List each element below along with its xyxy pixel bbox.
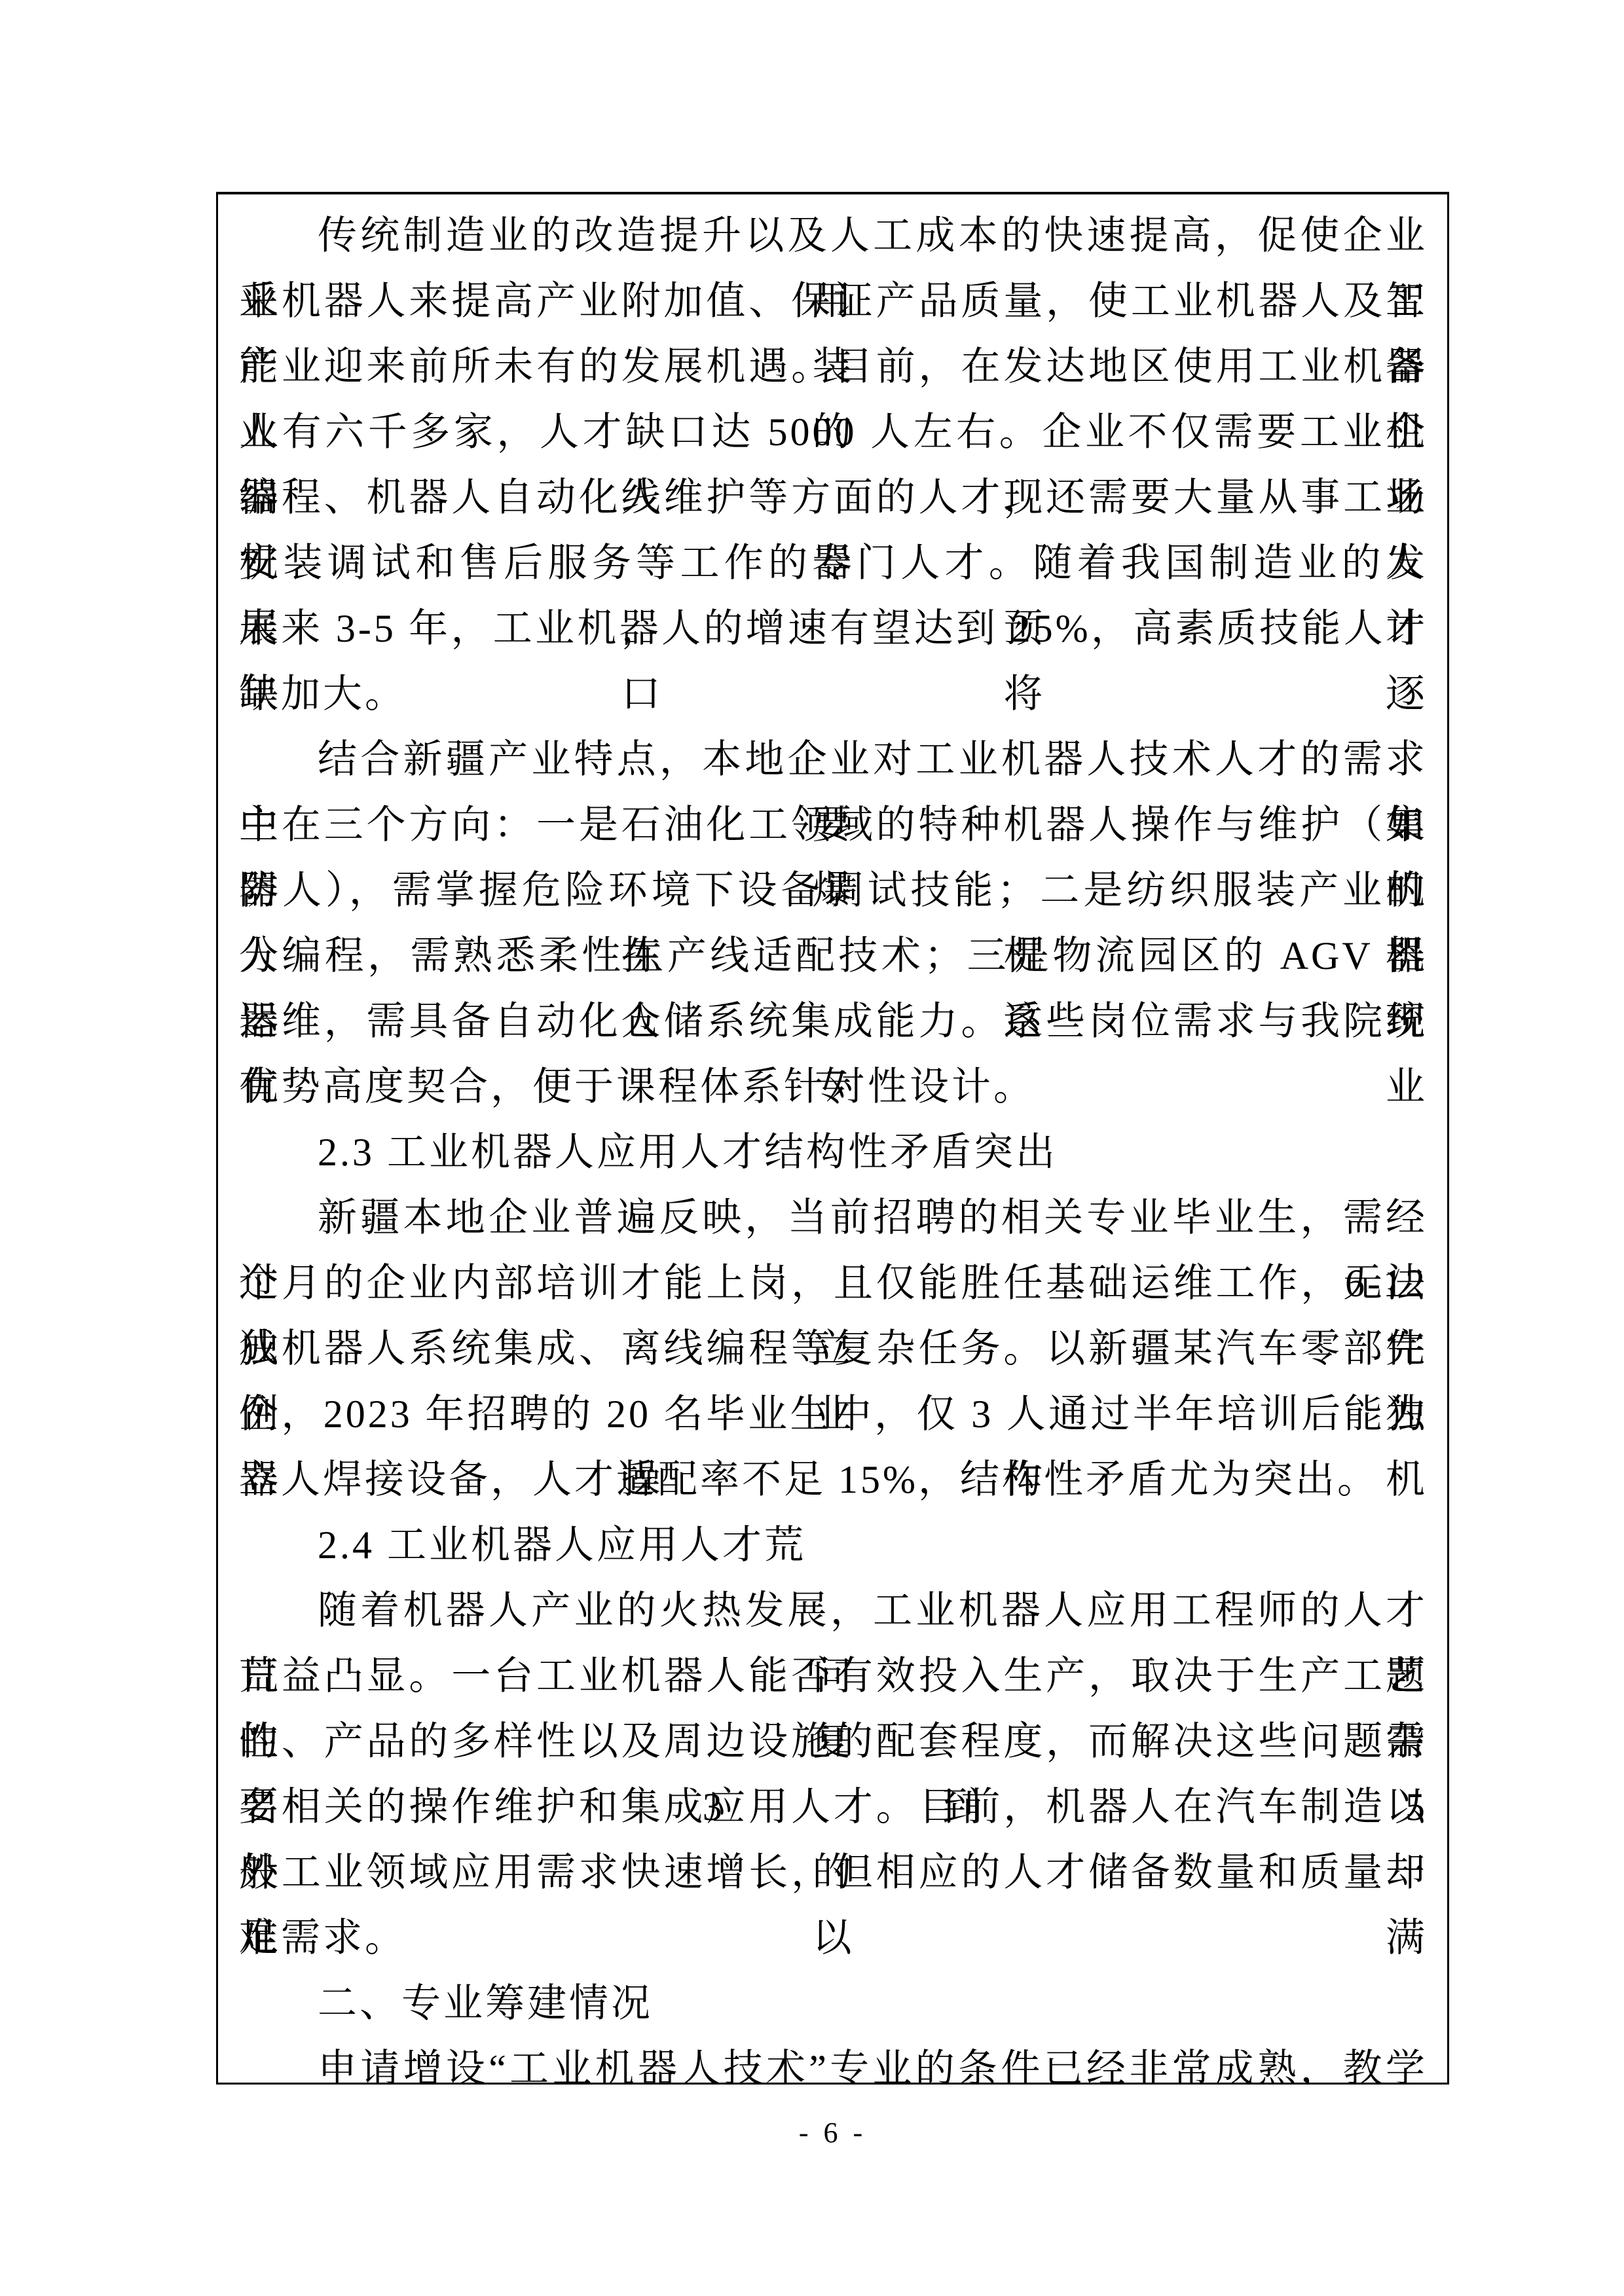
text-line: 人编程，需熟悉柔性生产线适配技术；三是物流园区的 AGV 机器人系统 (239, 923, 1428, 989)
text-line: 般工业领域应用需求快速增长，但相应的人才储备数量和质量却难以满 (239, 1840, 1428, 1905)
text-line: 例，2023 年招聘的 20 名毕业生中，仅 3 人通过半年培训后能独立操作机 (239, 1381, 1428, 1447)
content-table-cell: 传统制造业的改造提升以及人工成本的快速提高，促使企业采用工 业机器人来提高产业附… (216, 192, 1449, 2085)
text-line: 业机器人来提高产业附加值、保证产品质量，使工业机器人及智能装备 (239, 268, 1428, 334)
text-line: 成机器人系统集成、离线编程等复杂任务。以新疆某汽车零部件企业为 (239, 1316, 1428, 1381)
document-page: 传统制造业的改造提升以及人工成本的快速提高，促使企业采用工 业机器人来提高产业附… (0, 0, 1624, 2296)
text-line: 业有六千多家，人才缺口达 5000 人左右。企业不仅需要工业机器人现场 (239, 399, 1428, 465)
text-line: 结合新疆产业特点，本地企业对工业机器人技术人才的需求主要集 (239, 727, 1428, 792)
text-line: 编程、机器人自动化线维护等方面的人才，还需要大量从事工业机器人 (239, 465, 1428, 530)
section-heading-2-3: 2.3 工业机器人应用人才结构性矛盾突出 (239, 1120, 1428, 1185)
text-line: 名相关的操作维护和集成应用人才。目前，机器人在汽车制造以外的一 (239, 1774, 1428, 1840)
text-line: 产业迎来前所未有的发展机遇。目前，在发达地区使用工业机器人的企 (239, 334, 1428, 399)
text-line: 未来 3-5 年，工业机器人的增速有望达到 25%，高素质技能人才缺口将逐 (239, 596, 1428, 661)
section-heading-2-4: 2.4 工业机器人应用人才荒 (239, 1512, 1428, 1578)
page-number: - 6 - (799, 2117, 866, 2149)
text-line: 器人焊接设备，人才适配率不足 15%，结构性矛盾尤为突出。 (239, 1447, 1428, 1512)
text-line: 申请增设“工业机器人技术”专业的条件已经非常成熟，教学设施、 (239, 2036, 1428, 2085)
section-heading-2: 二、专业筹建情况 (239, 1971, 1428, 2036)
text-line: 日益凸显。一台工业机器人能否有效投入生产，取决于生产工艺的复杂 (239, 1643, 1428, 1709)
page-footer: - 6 - (216, 2113, 1449, 2153)
text-line: 中在三个方向：一是石油化工领域的特种机器人操作与维护（如防爆机 (239, 792, 1428, 858)
text-line: 传统制造业的改造提升以及人工成本的快速提高，促使企业采用工 (239, 203, 1428, 268)
text-line: 器人），需掌握危险环境下设备调试技能；二是纺织服装产业的分拣机器 (239, 858, 1428, 923)
text-line: 新疆本地企业普遍反映，当前招聘的相关专业毕业生，需经过 6-12 (239, 1185, 1428, 1250)
text-line: 个月的企业内部培训才能上岗，且仅能胜任基础运维工作，无法独立完 (239, 1250, 1428, 1316)
text-line: 安装调试和售后服务等工作的专门人才。随着我国制造业的发展，预计 (239, 530, 1428, 596)
text-line: 性、产品的多样性以及周边设施的配套程度，而解决这些问题需要 3 到 5 (239, 1709, 1428, 1774)
text-line: 运维，需具备自动化仓储系统集成能力。这些岗位需求与我院现有专业 (239, 989, 1428, 1054)
text-line: 随着机器人产业的火热发展，工业机器人应用工程师的人才荒问题 (239, 1578, 1428, 1643)
